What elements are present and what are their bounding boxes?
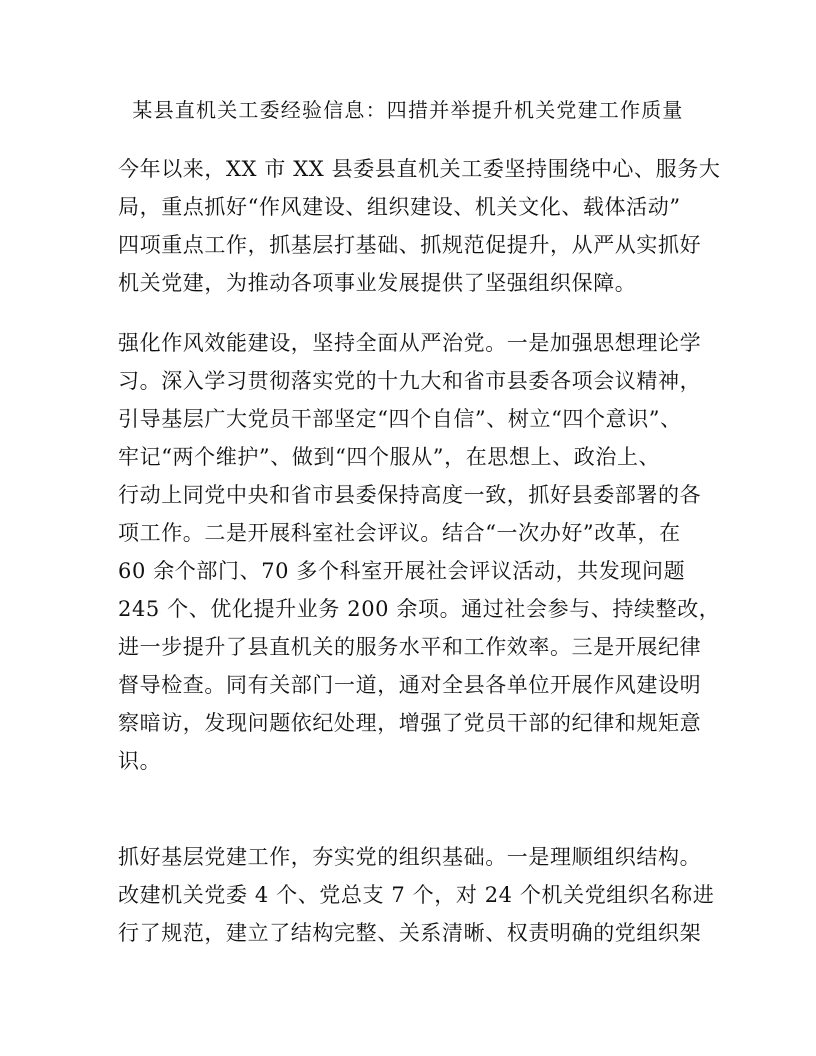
text-line: 进一步提升了县直机关的服务水平和工作效率。三是开展纪律 (118, 628, 718, 666)
text-line: 60 余个部门、70 多个科室开展社会评议活动，共发现问题 (118, 552, 718, 590)
document-title: 某县直机关工委经验信息：四措并举提升机关党建工作质量 (0, 96, 816, 124)
text-line: 今年以来，XX 市 XX 县委县直机关工委坚持围绕中心、服务大 (118, 150, 718, 188)
text-line: 机关党建，为推动各项事业发展提供了坚强组织保障。 (118, 264, 718, 302)
text-line: 察暗访，发现问题依纪处理，增强了党员干部的纪律和规矩意 (118, 704, 718, 742)
paragraph-intro: 今年以来，XX 市 XX 县委县直机关工委坚持围绕中心、服务大 局，重点抓好“作… (118, 150, 718, 302)
text-line: 督导检查。同有关部门一道，通对全县各单位开展作风建设明 (118, 666, 718, 704)
text-line: 抓好基层党建工作，夯实党的组织基础。一是理顺组织结构。 (118, 838, 718, 876)
paragraph-work-style: 强化作风效能建设，坚持全面从严治党。一是加强思想理论学 习。深入学习贯彻落实党的… (118, 324, 718, 780)
text-line: 引导基层广大党员干部坚定“四个自信”、树立“四个意识”、 (118, 400, 718, 438)
document-page: 某县直机关工委经验信息：四措并举提升机关党建工作质量 今年以来，XX 市 XX … (0, 0, 816, 1056)
text-line: 改建机关党委 4 个、党总支 7 个，对 24 个机关党组织名称进 (118, 876, 718, 914)
text-line: 习。深入学习贯彻落实党的十九大和省市县委各项会议精神， (118, 362, 718, 400)
text-line: 识。 (118, 742, 718, 780)
text-line: 四项重点工作，抓基层打基础、抓规范促提升，从严从实抓好 (118, 226, 718, 264)
text-line: 局，重点抓好“作风建设、组织建设、机关文化、载体活动” (118, 188, 718, 226)
text-line: 245 个、优化提升业务 200 余项。通过社会参与、持续整改， (118, 590, 718, 628)
text-line: 强化作风效能建设，坚持全面从严治党。一是加强思想理论学 (118, 324, 718, 362)
paragraph-grassroots: 抓好基层党建工作，夯实党的组织基础。一是理顺组织结构。 改建机关党委 4 个、党… (118, 838, 718, 952)
text-line: 行动上同党中央和省市县委保持高度一致，抓好县委部署的各 (118, 476, 718, 514)
text-line: 项工作。二是开展科室社会评议。结合“一次办好”改革，在 (118, 514, 718, 552)
text-line: 行了规范，建立了结构完整、关系清晰、权责明确的党组织架 (118, 914, 718, 952)
text-line: 牢记“两个维护”、做到“四个服从”，在思想上、政治上、 (118, 438, 718, 476)
